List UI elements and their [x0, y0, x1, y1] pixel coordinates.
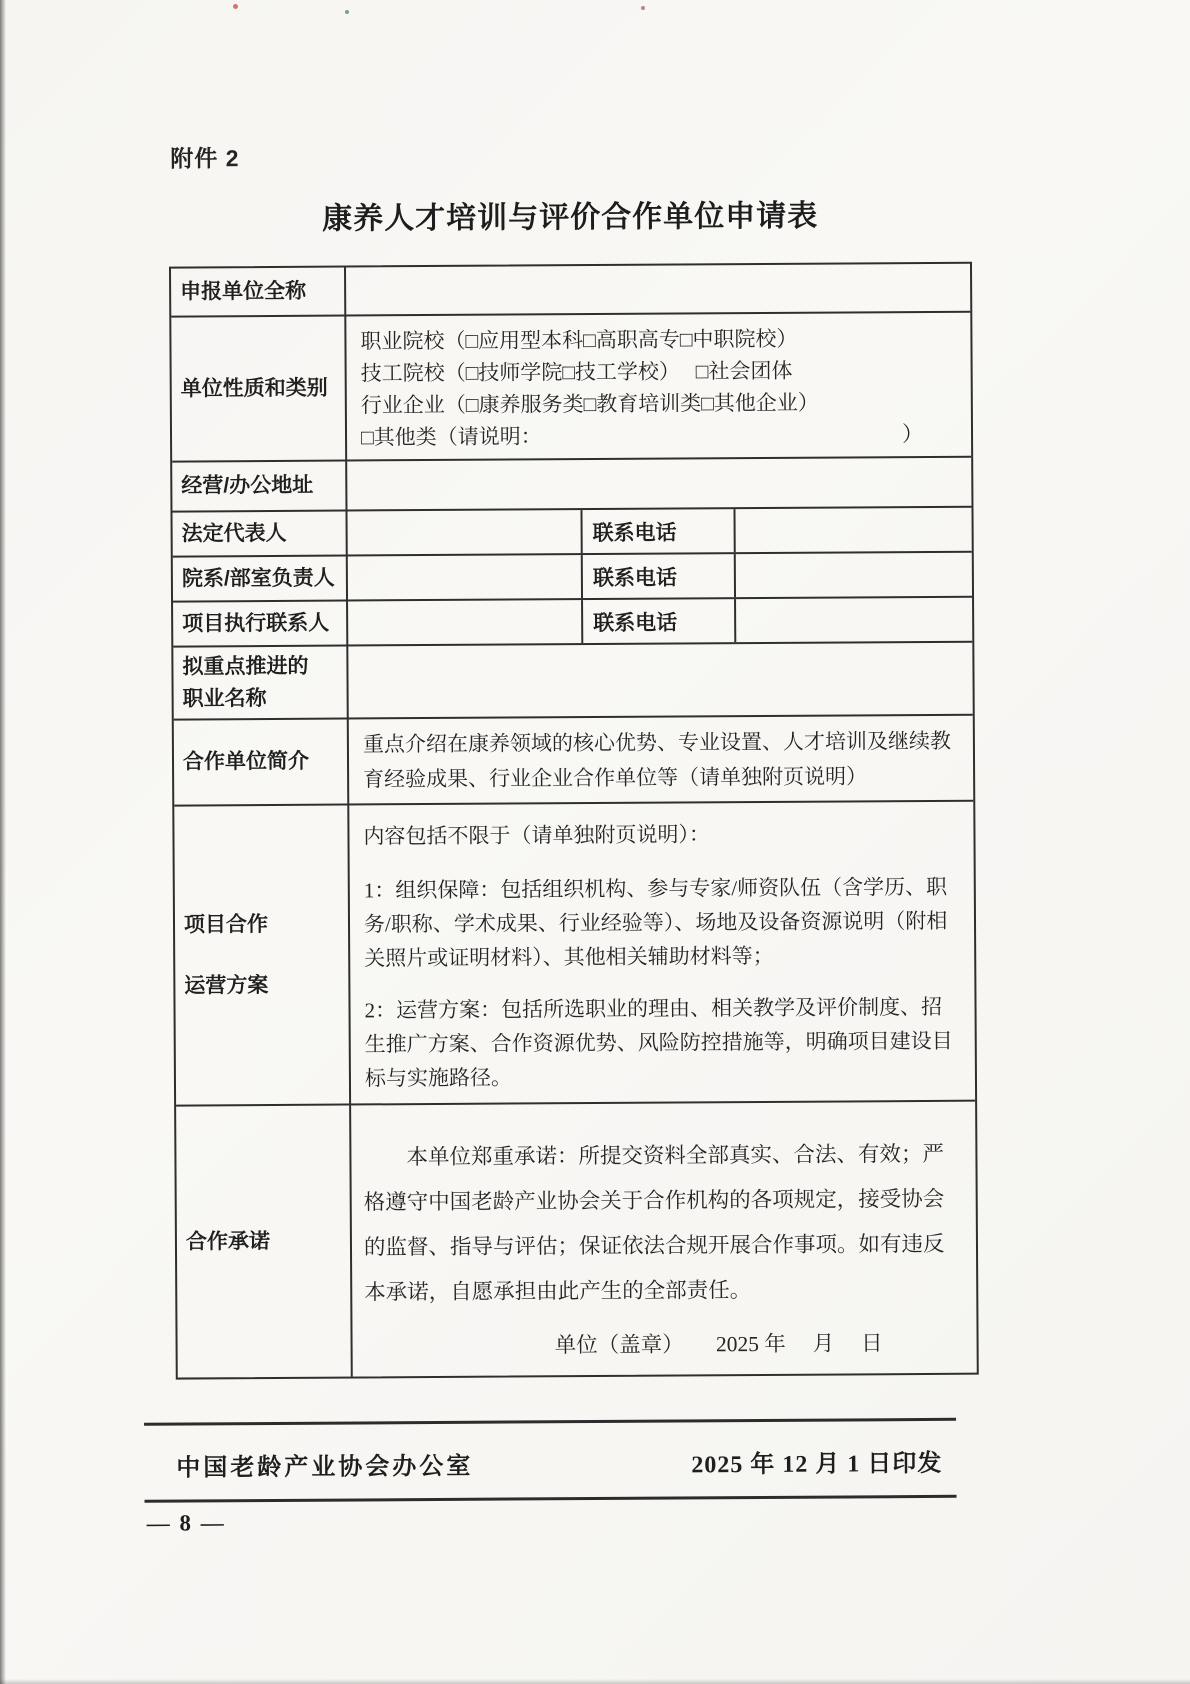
cooperation-commitment-label: 合作承诺 — [176, 1105, 353, 1377]
legal-representative-phone-value-cell — [735, 508, 971, 552]
row-legal-representative: 法定代表人 联系电话 — [172, 506, 971, 556]
project-contact-phone-label: 联系电话 — [583, 599, 736, 643]
project-contact-label: 项目执行联系人 — [173, 602, 348, 646]
cooperation-plan-label-line1: 项目合作 — [184, 908, 344, 940]
legal-representative-value-cell — [347, 510, 582, 554]
row-cooperation-plan: 项目合作 运营方案 内容包括不限于（请单独附页说明）： 1：组织保障：包括组织机… — [174, 800, 975, 1105]
cooperation-plan-label-line2: 运营方案 — [184, 970, 344, 1002]
applicant-full-name-label: 申报单位全称 — [171, 268, 346, 316]
cooperation-commitment-content-cell: 本单位郑重承诺：所提交资料全部真实、合法、有效；严格遵守中国老龄产业协会关于合作… — [351, 1102, 977, 1377]
project-contact-value-cell — [348, 600, 583, 644]
unit-introduction-label: 合作单位简介 — [174, 720, 350, 805]
address-label: 经营/办公地址 — [172, 462, 347, 511]
footer: 中国老龄产业协会办公室 2025 年 12 月 1 日印发 — [144, 1432, 956, 1493]
row-unit-nature: 单位性质和类别 职业院校（□应用型本科□高职高专□中职院校） 技工院校（□技师学… — [171, 311, 971, 461]
project-contact-phone-value-cell — [736, 598, 972, 642]
row-department-head: 院系/部室负责人 联系电话 — [173, 551, 972, 601]
row-applicant-full-name: 申报单位全称 — [171, 264, 970, 316]
nature-option-industry: 行业企业（□康养服务类□教育培训类□其他企业） — [361, 386, 961, 422]
row-unit-introduction: 合作单位简介 重点介绍在康养领域的核心优势、专业设置、人才培训及继续教育经验成果… — [174, 714, 974, 805]
department-head-phone-label: 联系电话 — [583, 554, 736, 598]
scanned-document-page: 附件 2 康养人才培训与评价合作单位申请表 申报单位全称 单位性质和类别 职业院… — [0, 0, 1190, 1684]
application-form-table: 申报单位全称 单位性质和类别 职业院校（□应用型本科□高职高专□中职院校） 技工… — [169, 262, 979, 1380]
target-occupations-value-cell — [348, 643, 972, 718]
department-head-value-cell — [348, 555, 583, 599]
department-head-label: 院系/部室负责人 — [173, 557, 348, 601]
nature-other-close-paren: ） — [902, 418, 923, 450]
plan-intro-text: 内容包括不限于（请单独附页说明）： — [363, 816, 959, 854]
page-content: 附件 2 康养人才培训与评价合作单位申请表 申报单位全称 单位性质和类别 职业院… — [0, 0, 1190, 1684]
unit-nature-options-cell: 职业院校（□应用型本科□高职高专□中职院校） 技工院校（□技师学院□技工学校） … — [346, 313, 971, 460]
row-cooperation-commitment: 合作承诺 本单位郑重承诺：所提交资料全部真实、合法、有效；严格遵守中国老龄产业协… — [176, 1100, 977, 1378]
legal-representative-label: 法定代表人 — [172, 512, 347, 556]
unit-nature-label: 单位性质和类别 — [171, 317, 347, 461]
unit-introduction-hint: 重点介绍在康养领域的核心优势、专业设置、人才培训及继续教育经验成果、行业企业合作… — [349, 716, 974, 804]
page-number: — 8 — — [147, 1510, 226, 1536]
form-title: 康养人才培训与评价合作单位申请表 — [169, 190, 972, 239]
unit-introduction-hint-text: 重点介绍在康养领域的核心优势、专业设置、人才培训及继续教育经验成果、行业企业合作… — [363, 724, 961, 798]
target-occupations-label-line1: 拟重点推进的 — [182, 651, 342, 683]
footer-rule-top — [144, 1418, 956, 1426]
row-target-occupations: 拟重点推进的 职业名称 — [173, 641, 972, 719]
legal-representative-phone-label: 联系电话 — [582, 509, 735, 553]
footer-print-date: 2025 年 12 月 1 日印发 — [691, 1442, 956, 1479]
commitment-statement: 本单位郑重承诺：所提交资料全部真实、合法、有效；严格遵守中国老龄产业协会关于合作… — [363, 1132, 960, 1316]
commitment-signature-line: 单位（盖章） 2025 年 月 日 — [364, 1326, 960, 1361]
address-value-cell — [347, 458, 971, 510]
row-project-contact: 项目执行联系人 联系电话 — [173, 596, 972, 646]
plan-item-2: 2：运营方案：包括所选职业的理由、相关教学及评价制度、招生推广方案、合作资源优势… — [364, 990, 961, 1096]
applicant-full-name-value-cell — [346, 264, 970, 315]
nature-option-technical: 技工院校（□技师学院□技工学校） □社会团体 — [361, 354, 961, 390]
nature-option-vocational: 职业院校（□应用型本科□高职高专□中职院校） — [360, 322, 960, 358]
cooperation-plan-label: 项目合作 运营方案 — [174, 806, 351, 1105]
footer-rule-bottom — [145, 1495, 957, 1503]
attachment-label: 附件 2 — [170, 140, 239, 173]
target-occupations-label-line2: 职业名称 — [183, 682, 343, 714]
target-occupations-label: 拟重点推进的 职业名称 — [173, 647, 348, 719]
footer-issuer: 中国老龄产业协会办公室 — [144, 1445, 473, 1482]
plan-item-1: 1：组织保障：包括组织机构、参与专家/师资队伍（含学历、职务/职称、学术成果、行… — [364, 870, 961, 976]
nature-other-open: □其他类（请说明： — [361, 420, 542, 453]
row-address: 经营/办公地址 — [172, 456, 971, 511]
department-head-phone-value-cell — [736, 553, 972, 597]
nature-option-other: □其他类（请说明： ） — [361, 418, 961, 454]
cooperation-plan-content-cell: 内容包括不限于（请单独附页说明）： 1：组织保障：包括组织机构、参与专家/师资队… — [349, 802, 975, 1104]
